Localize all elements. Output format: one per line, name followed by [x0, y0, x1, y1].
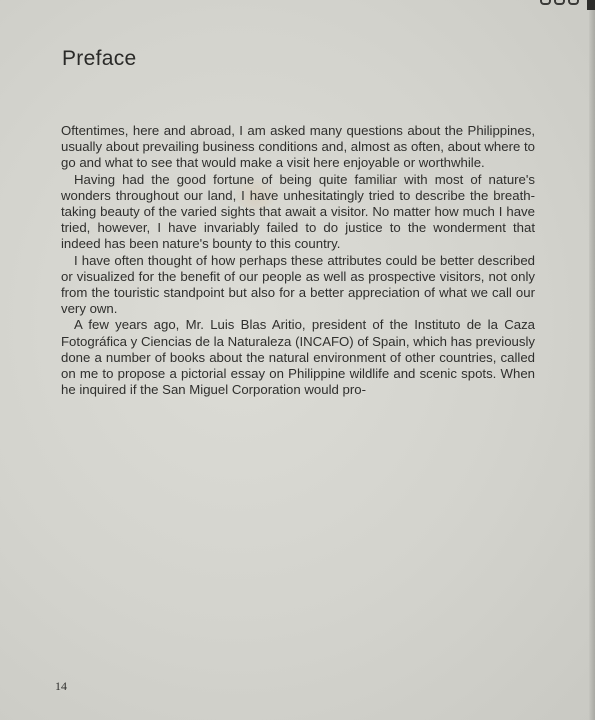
adjacent-page-corner [533, 0, 595, 10]
book-page: Preface Oftentimes, here and abroad, I a… [0, 0, 595, 720]
paragraph: Having had the good fortune of being qui… [61, 172, 535, 253]
corner-dark-block [587, 0, 595, 10]
paragraph: Oftentimes, here and abroad, I am asked … [61, 123, 535, 172]
page-title: Preface [62, 47, 136, 71]
corner-glyph [554, 0, 565, 5]
paragraph: A few years ago, Mr. Luis Blas Aritio, p… [61, 317, 535, 398]
corner-glyph [568, 0, 579, 5]
page-edge-shadow [589, 0, 595, 720]
paragraph: I have often thought of how perhaps thes… [61, 253, 535, 318]
corner-glyph [540, 0, 551, 5]
page-number: 14 [55, 679, 67, 694]
body-text: Oftentimes, here and abroad, I am asked … [61, 123, 535, 398]
